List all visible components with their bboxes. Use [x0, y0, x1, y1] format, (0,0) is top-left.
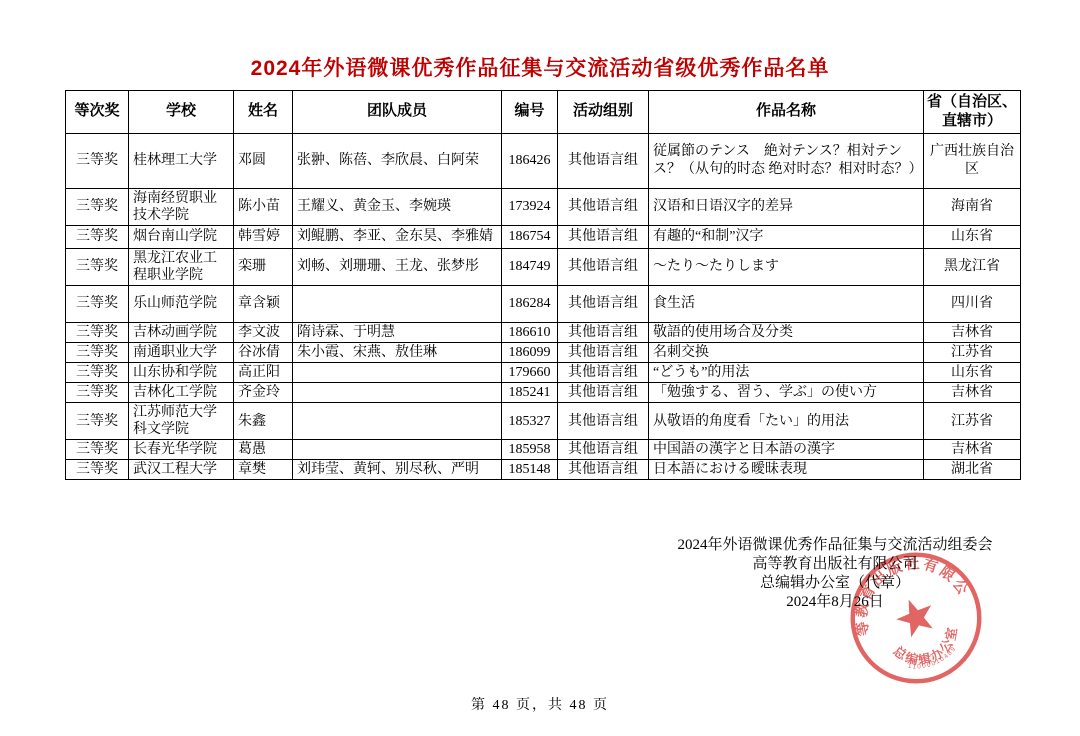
cell-school: 桂林理工大学: [129, 133, 234, 188]
cell-work: 汉语和日语汉字的差异: [649, 188, 924, 225]
cell-team: 刘畅、刘珊珊、王龙、张梦彤: [293, 248, 502, 285]
cell-id: 179660: [502, 362, 558, 382]
cell-school: 吉林化工学院: [129, 383, 234, 403]
cell-team: [293, 440, 502, 460]
table-row: 三等奖 山东协和学院 高正阳 179660 其他语言组 “どうも”的用法 山东省: [66, 362, 1021, 382]
cell-school: 烟台南山学院: [129, 225, 234, 248]
cell-work: 「勉強する、習う、学ぶ」の使い方: [649, 383, 924, 403]
header-school: 学校: [129, 91, 234, 134]
cell-work: 有趣的“和制”汉字: [649, 225, 924, 248]
cell-id: 186610: [502, 322, 558, 342]
table-row: 三等奖 黑龙江农业工程职业学院 栾珊 刘畅、刘珊珊、王龙、张梦彤 184749 …: [66, 248, 1021, 285]
cell-id: 186426: [502, 133, 558, 188]
cell-province: 山东省: [924, 362, 1021, 382]
cell-team: [293, 383, 502, 403]
cell-name: 谷冰倩: [234, 342, 293, 362]
header-province: 省（自治区、直辖市）: [924, 91, 1021, 134]
cell-province: 四川省: [924, 285, 1021, 322]
cell-work: 从敬语的角度看「たい」的用法: [649, 403, 924, 440]
cell-name: 李文波: [234, 322, 293, 342]
cell-name: 齐金玲: [234, 383, 293, 403]
cell-team: [293, 362, 502, 382]
cell-award: 三等奖: [66, 322, 129, 342]
cell-id: 186284: [502, 285, 558, 322]
cell-group: 其他语言组: [558, 225, 649, 248]
signature-line-date: 2024年8月26日: [600, 593, 1070, 612]
cell-award: 三等奖: [66, 403, 129, 440]
cell-province: 吉林省: [924, 383, 1021, 403]
table-row: 三等奖 吉林动画学院 李文波 隋诗霖、于明慧 186610 其他语言组 敬語的使…: [66, 322, 1021, 342]
cell-name: 葛愚: [234, 440, 293, 460]
table-header-row: 等次奖 学校 姓名 团队成员 编号 活动组别 作品名称 省（自治区、直辖市）: [66, 91, 1021, 134]
page-title: 2024年外语微课优秀作品征集与交流活动省级优秀作品名单: [0, 52, 1080, 82]
cell-team: 朱小霞、宋燕、敖佳琳: [293, 342, 502, 362]
cell-work: 名刺交换: [649, 342, 924, 362]
cell-group: 其他语言组: [558, 383, 649, 403]
document-page: 2024年外语微课优秀作品征集与交流活动省级优秀作品名单 等次奖 学校 姓名 团…: [0, 0, 1080, 736]
cell-id: 185148: [502, 460, 558, 480]
cell-province: 江苏省: [924, 342, 1021, 362]
cell-name: 栾珊: [234, 248, 293, 285]
cell-province: 吉林省: [924, 322, 1021, 342]
cell-name: 陈小苗: [234, 188, 293, 225]
cell-team: 张翀、陈蓓、李欣晨、白阿荣: [293, 133, 502, 188]
table-row: 三等奖 南通职业大学 谷冰倩 朱小霞、宋燕、敖佳琳 186099 其他语言组 名…: [66, 342, 1021, 362]
cell-name: 高正阳: [234, 362, 293, 382]
cell-group: 其他语言组: [558, 133, 649, 188]
cell-province: 吉林省: [924, 440, 1021, 460]
table-row: 三等奖 烟台南山学院 韩雪婷 刘鲲鹏、李亚、金东昊、李雅婧 186754 其他语…: [66, 225, 1021, 248]
cell-province: 湖北省: [924, 460, 1021, 480]
cell-province: 山东省: [924, 225, 1021, 248]
cell-award: 三等奖: [66, 188, 129, 225]
cell-team: 王耀义、黄金玉、李婉瑛: [293, 188, 502, 225]
cell-award: 三等奖: [66, 440, 129, 460]
cell-work: “どうも”的用法: [649, 362, 924, 382]
cell-id: 185327: [502, 403, 558, 440]
cell-group: 其他语言组: [558, 403, 649, 440]
cell-id: 186754: [502, 225, 558, 248]
cell-work: ～たり～たりします: [649, 248, 924, 285]
cell-id: 173924: [502, 188, 558, 225]
cell-id: 186099: [502, 342, 558, 362]
cell-team: 刘鲲鹏、李亚、金东昊、李雅婧: [293, 225, 502, 248]
signature-line-office: 总编辑办公室（代章）: [600, 574, 1070, 593]
cell-school: 江苏师范大学科文学院: [129, 403, 234, 440]
cell-award: 三等奖: [66, 460, 129, 480]
cell-group: 其他语言组: [558, 362, 649, 382]
stamp-office-arc-text: 总编辑办公室: [888, 620, 970, 679]
cell-work: 日本語における曖昧表現: [649, 460, 924, 480]
cell-team: 隋诗霖、于明慧: [293, 322, 502, 342]
cell-group: 其他语言组: [558, 285, 649, 322]
cell-work: 食生活: [649, 285, 924, 322]
cell-school: 吉林动画学院: [129, 322, 234, 342]
cell-group: 其他语言组: [558, 342, 649, 362]
cell-id: 185958: [502, 440, 558, 460]
table-row: 三等奖 海南经贸职业技术学院 陈小苗 王耀义、黄金玉、李婉瑛 173924 其他…: [66, 188, 1021, 225]
cell-province: 江苏省: [924, 403, 1021, 440]
cell-award: 三等奖: [66, 342, 129, 362]
cell-province: 广西壮族自治区: [924, 133, 1021, 188]
cell-award: 三等奖: [66, 225, 129, 248]
cell-province: 黑龙江省: [924, 248, 1021, 285]
cell-team: [293, 285, 502, 322]
cell-school: 山东协和学院: [129, 362, 234, 382]
table-row: 三等奖 乐山师范学院 章含颖 186284 其他语言组 食生活 四川省: [66, 285, 1021, 322]
table-body: 三等奖 桂林理工大学 邓圆 张翀、陈蓓、李欣晨、白阿荣 186426 其他语言组…: [66, 133, 1021, 480]
cell-group: 其他语言组: [558, 188, 649, 225]
cell-school: 乐山师范学院: [129, 285, 234, 322]
cell-work: 中国語の漢字と日本語の漢字: [649, 440, 924, 460]
cell-team: 刘玮莹、黄轲、别尽秋、严明: [293, 460, 502, 480]
cell-group: 其他语言组: [558, 460, 649, 480]
cell-name: 章樊: [234, 460, 293, 480]
header-work: 作品名称: [649, 91, 924, 134]
cell-name: 韩雪婷: [234, 225, 293, 248]
cell-award: 三等奖: [66, 285, 129, 322]
header-team: 团队成员: [293, 91, 502, 134]
header-name: 姓名: [234, 91, 293, 134]
table-row: 三等奖 桂林理工大学 邓圆 张翀、陈蓓、李欣晨、白阿荣 186426 其他语言组…: [66, 133, 1021, 188]
cell-group: 其他语言组: [558, 440, 649, 460]
cell-work: 敬語的使用场合及分类: [649, 322, 924, 342]
cell-award: 三等奖: [66, 248, 129, 285]
cell-group: 其他语言组: [558, 322, 649, 342]
cell-school: 海南经贸职业技术学院: [129, 188, 234, 225]
table-row: 三等奖 吉林化工学院 齐金玲 185241 其他语言组 「勉強する、習う、学ぶ」…: [66, 383, 1021, 403]
cell-province: 海南省: [924, 188, 1021, 225]
table-row: 三等奖 武汉工程大学 章樊 刘玮莹、黄轲、别尽秋、严明 185148 其他语言组…: [66, 460, 1021, 480]
signature-line-committee: 2024年外语微课优秀作品征集与交流活动组委会: [600, 536, 1070, 555]
cell-award: 三等奖: [66, 383, 129, 403]
cell-id: 184749: [502, 248, 558, 285]
signature-block: 2024年外语微课优秀作品征集与交流活动组委会 高等教育出版社有限公司 总编辑办…: [600, 536, 1070, 612]
header-group: 活动组别: [558, 91, 649, 134]
cell-school: 黑龙江农业工程职业学院: [129, 248, 234, 285]
table-row: 三等奖 长春光华学院 葛愚 185958 其他语言组 中国語の漢字と日本語の漢字…: [66, 440, 1021, 460]
table-row: 三等奖 江苏师范大学科文学院 朱鑫 185327 其他语言组 从敬语的角度看「た…: [66, 403, 1021, 440]
cell-award: 三等奖: [66, 133, 129, 188]
cell-team: [293, 403, 502, 440]
page-number-footer: 第 48 页，共 48 页: [0, 694, 1080, 714]
cell-name: 朱鑫: [234, 403, 293, 440]
header-award: 等次奖: [66, 91, 129, 134]
header-id: 编号: [502, 91, 558, 134]
cell-name: 邓圆: [234, 133, 293, 188]
cell-group: 其他语言组: [558, 248, 649, 285]
cell-school: 武汉工程大学: [129, 460, 234, 480]
cell-school: 南通职业大学: [129, 342, 234, 362]
cell-work: 従属節のテンス 絶対テンス？相対テンス？（从句的时态 绝对时态？相对时态？）: [649, 133, 924, 188]
award-table: 等次奖 学校 姓名 团队成员 编号 活动组别 作品名称 省（自治区、直辖市） 三…: [65, 90, 1021, 480]
cell-award: 三等奖: [66, 362, 129, 382]
cell-school: 长春光华学院: [129, 440, 234, 460]
signature-line-publisher: 高等教育出版社有限公司: [600, 555, 1070, 574]
cell-name: 章含颖: [234, 285, 293, 322]
stamp-number-text: 11000010489: [905, 644, 961, 677]
cell-id: 185241: [502, 383, 558, 403]
